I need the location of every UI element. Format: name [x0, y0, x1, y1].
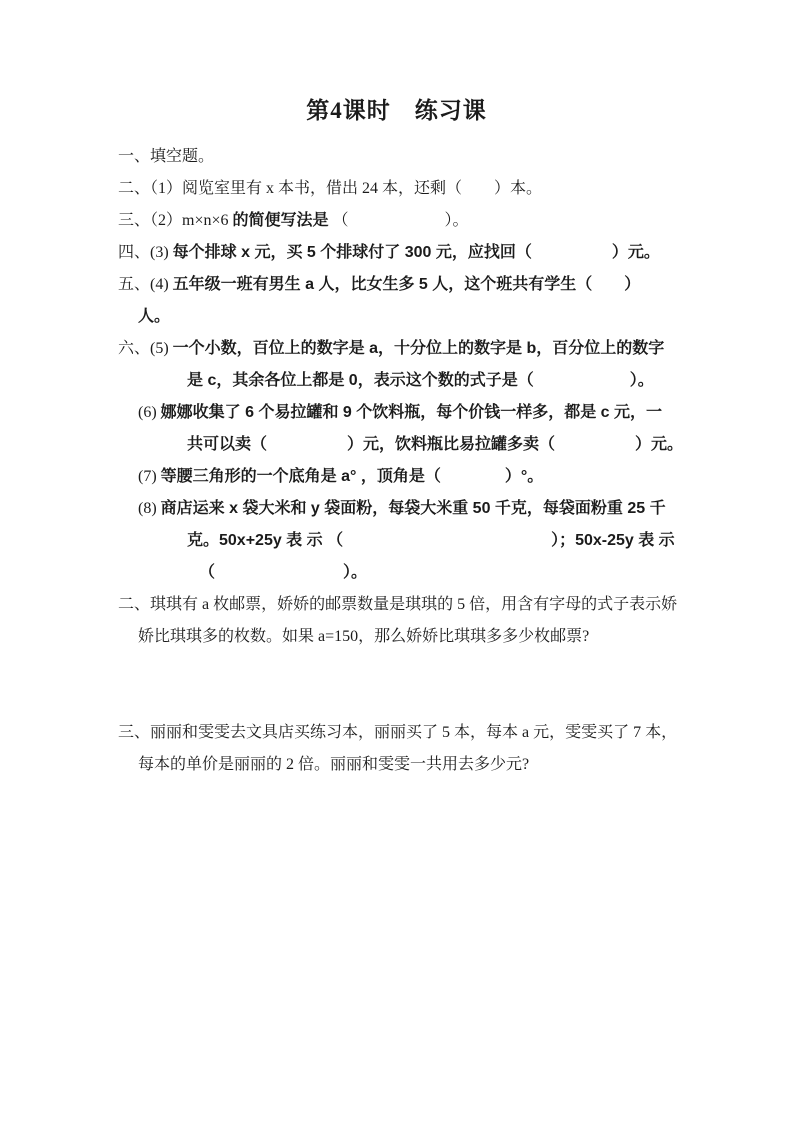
text-line: 是 c，其余各位上都是 0，表示这个数的式子是（ ）。: [0, 365, 793, 397]
text-line: 每本的单价是丽丽的 2 倍。丽丽和雯雯一共用去多少元?: [0, 749, 793, 781]
text-line: (6) 娜娜收集了 6 个易拉罐和 9 个饮料瓶，每个价钱一样多，都是 c 元，…: [0, 397, 793, 429]
text-run: 二、琪琪有 a 枚邮票，娇娇的邮票数量是琪琪的 5 倍，用含有字母的式子表示娇: [118, 596, 677, 613]
worksheet-body: 一、填空题。二、（1）阅览室里有 x 本书，借出 24 本，还剩（ ）本。三、（…: [0, 141, 793, 781]
worksheet-page: 第4课时 练习课 一、填空题。二、（1）阅览室里有 x 本书，借出 24 本，还…: [0, 0, 793, 1122]
text-run: 六、(5): [118, 340, 173, 357]
text-run: 娜娜收集了 6 个易拉罐和 9 个饮料瓶，每个价钱一样多，都是 c 元，一: [161, 404, 662, 421]
text-line: 五、(4) 五年级一班有男生 a 人，比女生多 5 人，这个班共有学生（ ）: [0, 269, 793, 301]
text-run: 人。: [138, 308, 170, 325]
text-run: 四、(3): [118, 244, 173, 261]
text-line: 人。: [0, 301, 793, 333]
text-run: 三、（2）m×n×6: [118, 212, 233, 229]
text-run: 每本的单价是丽丽的 2 倍。丽丽和雯雯一共用去多少元?: [138, 756, 529, 773]
text-run: （ ）。: [199, 564, 367, 581]
text-line: 共可以卖（ ）元，饮料瓶比易拉罐多卖（ ）元。: [0, 429, 793, 461]
text-run: 三、丽丽和雯雯去文具店买练习本，丽丽买了 5 本，每本 a 元，雯雯买了 7 本…: [118, 724, 677, 741]
text-line: 二、琪琪有 a 枚邮票，娇娇的邮票数量是琪琪的 5 倍，用含有字母的式子表示娇: [0, 589, 793, 621]
text-run: 一、填空题。: [118, 148, 214, 165]
text-line: 一、填空题。: [0, 141, 793, 173]
text-line: 三、（2）m×n×6 的简便写法是 （ ）。: [0, 205, 793, 237]
text-run: 等腰三角形的一个底角是 a° ，顶角是（ ）°。: [161, 468, 544, 485]
text-run: 共可以卖（ ）元，饮料瓶比易拉罐多卖（ ）元。: [187, 436, 683, 453]
text-run: 一个小数，百位上的数字是 a，十分位上的数字是 b，百分位上的数字: [173, 340, 665, 357]
text-line: 二、（1）阅览室里有 x 本书，借出 24 本，还剩（ ）本。: [0, 173, 793, 205]
text-line: 克。50x+25y 表 示 （ ）；50x-25y 表 示: [0, 525, 793, 557]
text-run: （ ）。: [329, 212, 469, 229]
text-line: 三、丽丽和雯雯去文具店买练习本，丽丽买了 5 本，每本 a 元，雯雯买了 7 本…: [0, 717, 793, 749]
text-run: (8): [138, 500, 161, 517]
answer-space: [0, 685, 793, 717]
text-run: 二、（1）阅览室里有 x 本书，借出 24 本，还剩（ ）本。: [118, 180, 542, 197]
text-run: 五、(4): [118, 276, 173, 293]
text-line: (8) 商店运来 x 袋大米和 y 袋面粉，每袋大米重 50 千克，每袋面粉重 …: [0, 493, 793, 525]
text-line: 娇比琪琪多的枚数。如果 a=150，那么娇娇比琪琪多多少枚邮票?: [0, 621, 793, 653]
worksheet-title: 第4课时 练习课: [0, 96, 793, 126]
text-run: 是 c，其余各位上都是 0，表示这个数的式子是（ ）。: [187, 372, 654, 389]
text-run: (7): [138, 468, 161, 485]
text-run: 五年级一班有男生 a 人，比女生多 5 人，这个班共有学生（ ）: [173, 276, 641, 293]
text-run: 每个排球 x 元，买 5 个排球付了 300 元，应找回（ ）元。: [173, 244, 660, 261]
text-run: 娇比琪琪多的枚数。如果 a=150，那么娇娇比琪琪多多少枚邮票?: [138, 628, 589, 645]
text-run: (6): [138, 404, 161, 421]
text-line: 六、(5) 一个小数，百位上的数字是 a，十分位上的数字是 b，百分位上的数字: [0, 333, 793, 365]
text-line: （ ）。: [0, 557, 793, 589]
answer-space: [0, 653, 793, 685]
text-run: 克。50x+25y 表 示 （ ）；50x-25y 表 示: [187, 532, 675, 549]
text-run: 的简便写法是: [233, 212, 329, 229]
text-run: 商店运来 x 袋大米和 y 袋面粉，每袋大米重 50 千克，每袋面粉重 25 千: [161, 500, 666, 517]
text-line: (7) 等腰三角形的一个底角是 a° ，顶角是（ ）°。: [0, 461, 793, 493]
text-line: 四、(3) 每个排球 x 元，买 5 个排球付了 300 元，应找回（ ）元。: [0, 237, 793, 269]
